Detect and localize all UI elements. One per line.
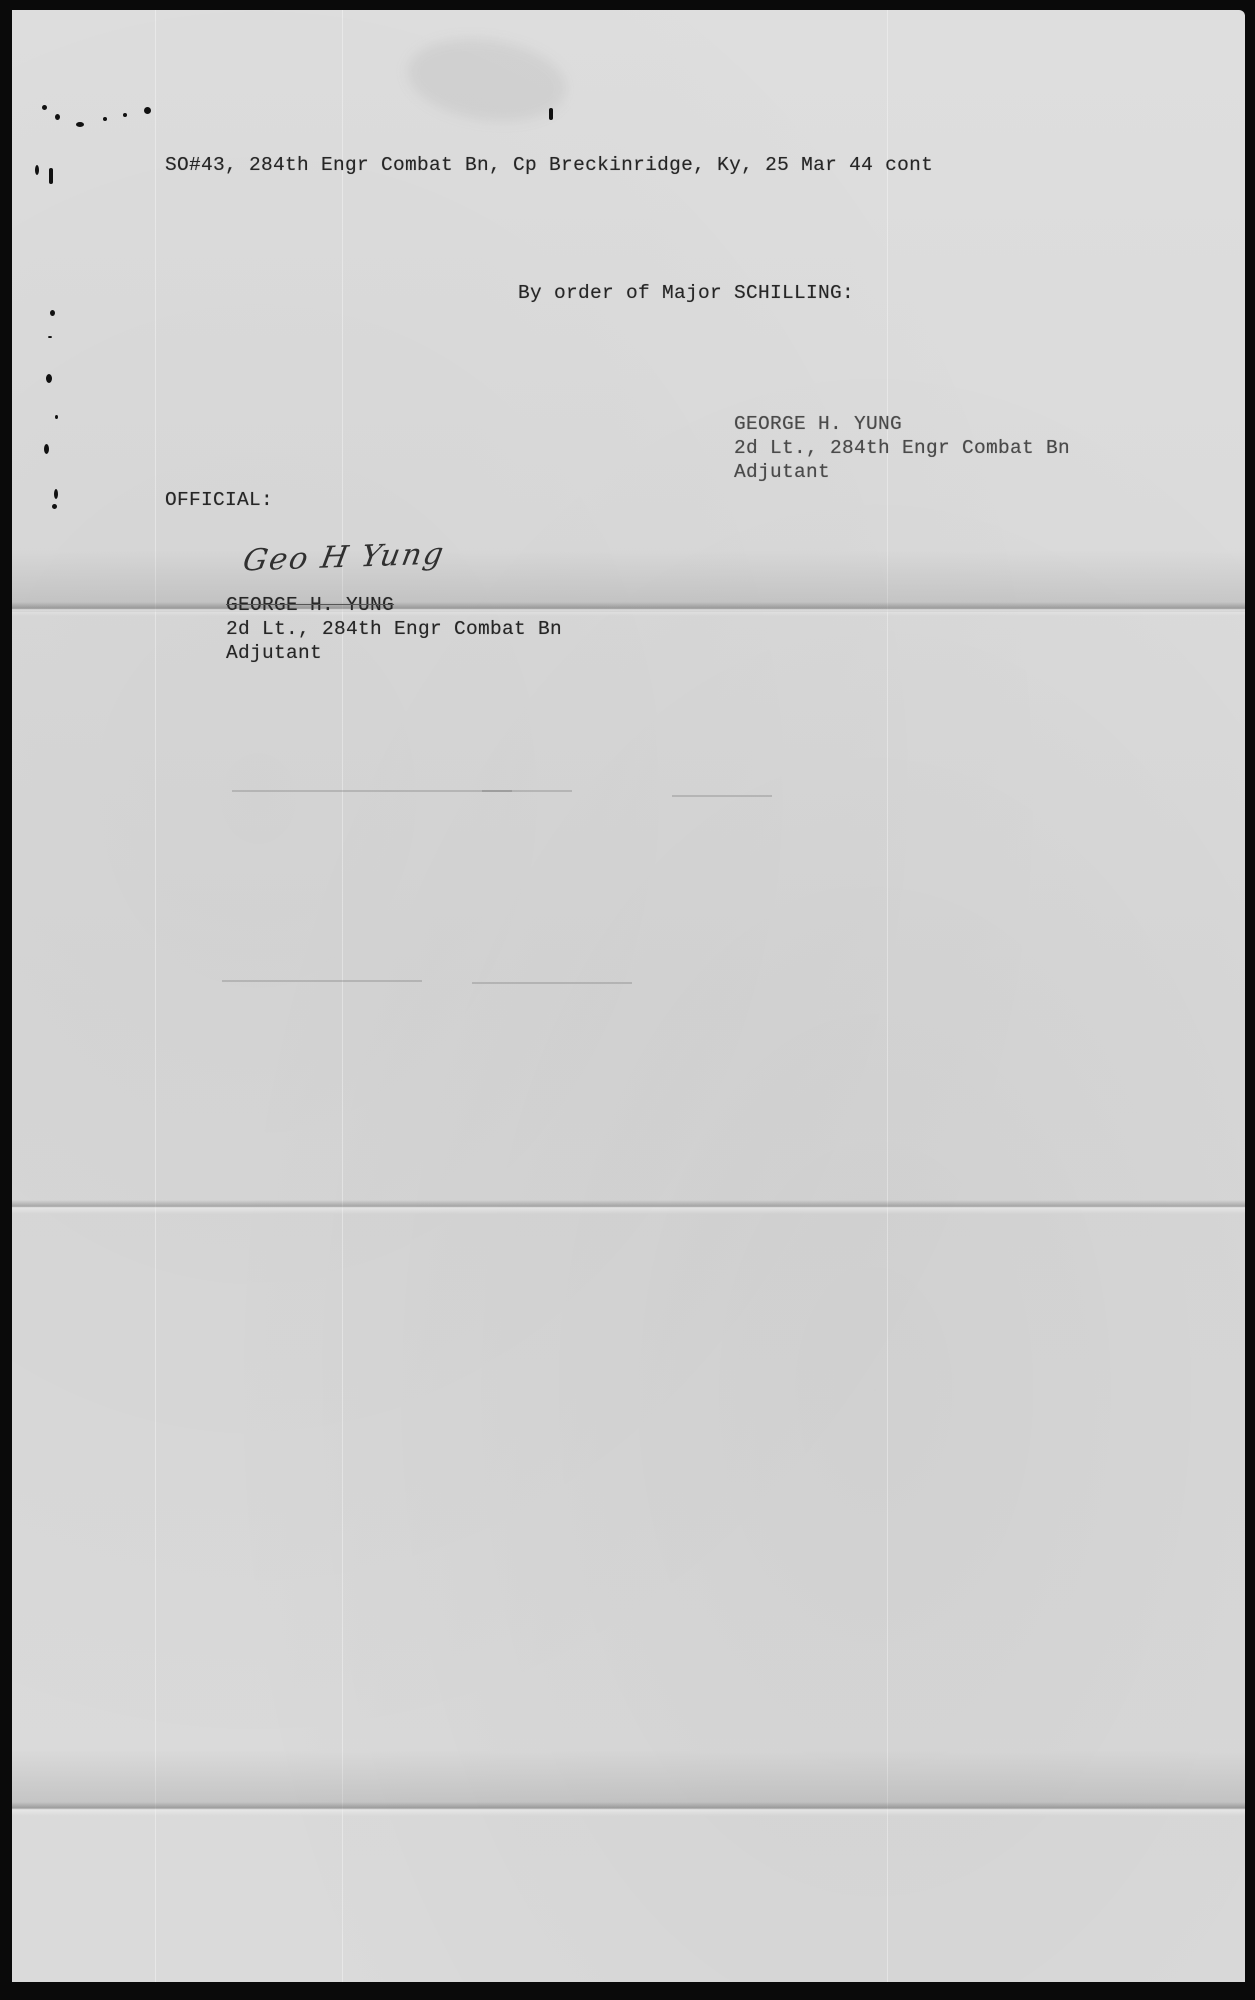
bleed-through <box>222 980 422 982</box>
document-page: SO#43, 284th Engr Combat Bn, Cp Breckinr… <box>12 10 1245 1982</box>
ink-mark <box>50 310 55 316</box>
fold-line <box>12 602 1245 616</box>
header-line: SO#43, 284th Engr Combat Bn, Cp Breckinr… <box>165 154 933 176</box>
bleed-through <box>232 790 512 792</box>
signatory-rank-unit: 2d Lt., 284th Engr Combat Bn <box>734 437 1070 459</box>
ink-mark <box>35 165 39 175</box>
ink-mark <box>49 168 53 184</box>
ink-mark <box>55 114 60 120</box>
fold-line <box>12 1200 1245 1214</box>
ink-mark <box>55 415 58 419</box>
ink-mark <box>48 336 52 338</box>
official-name: GEORGE H. YUNG <box>226 594 394 616</box>
bleed-through <box>672 795 772 797</box>
ink-mark <box>103 117 107 121</box>
scan-line <box>342 10 343 1982</box>
ink-mark <box>46 374 52 383</box>
smudge-mark <box>402 29 572 130</box>
ink-mark <box>42 105 47 110</box>
official-label: OFFICIAL: <box>165 489 273 511</box>
official-title: Adjutant <box>226 642 322 664</box>
signatory-title: Adjutant <box>734 461 830 483</box>
fold-shadow <box>12 1750 1245 1808</box>
ink-mark <box>52 504 57 509</box>
scan-line <box>155 10 156 1982</box>
ink-mark <box>549 108 553 120</box>
bleed-through <box>472 982 632 984</box>
ink-mark <box>123 113 127 117</box>
bleed-through <box>482 790 572 792</box>
fold-line <box>12 1802 1245 1816</box>
ink-mark <box>44 444 49 454</box>
ink-mark <box>144 107 151 114</box>
order-line: By order of Major SCHILLING: <box>518 282 854 304</box>
signatory-name: GEORGE H. YUNG <box>734 413 902 435</box>
ink-mark <box>76 122 84 127</box>
ink-mark <box>54 489 58 499</box>
handwritten-signature: Geo H Yung <box>240 537 448 579</box>
scan-line <box>887 10 888 1982</box>
official-rank-unit: 2d Lt., 284th Engr Combat Bn <box>226 618 562 640</box>
